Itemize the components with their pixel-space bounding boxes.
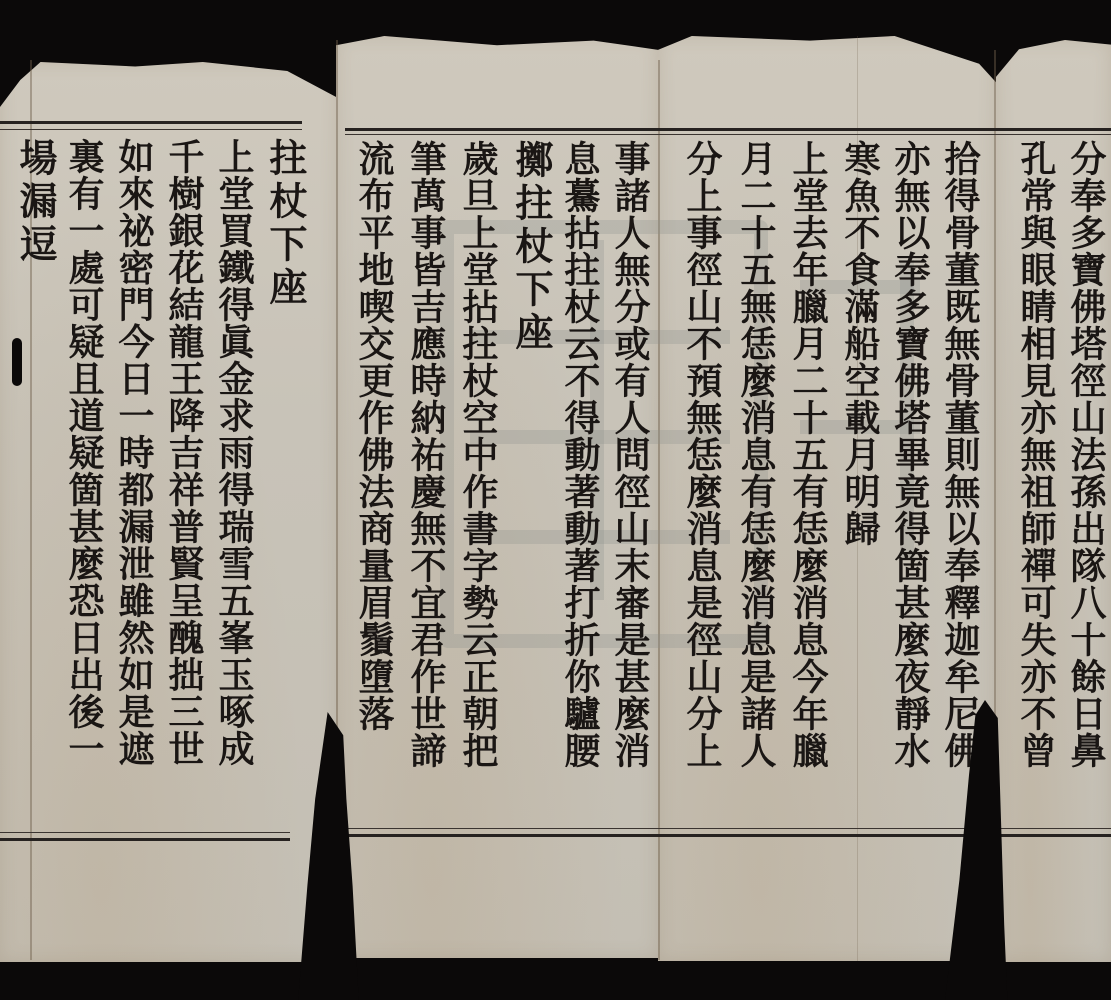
text-column: 事諸人無分或有人問徑山末審是甚麼消 bbox=[608, 140, 652, 769]
text-column: 流布平地喫交更作佛法商量眉鬚墮落 bbox=[352, 140, 396, 732]
frame-rule-top-inner bbox=[345, 134, 1111, 135]
frame-rule-top bbox=[345, 128, 1111, 131]
frame-rule-top-inner bbox=[0, 129, 302, 130]
frame-rule-top bbox=[0, 121, 302, 124]
text-column: 孔常與眼睛相見亦無祖師禪可失亦不曾 bbox=[1014, 140, 1058, 769]
text-column: 息驀拈拄杖云不得動著動著打折你驢腰 bbox=[558, 140, 602, 769]
text-column: 裏有一處可疑且道疑箇甚麼恐日出後一 bbox=[62, 138, 106, 767]
text-column: 分奉多寶佛塔徑山法孫出隊八十餘日鼻 bbox=[1064, 140, 1108, 769]
text-column: 筆萬事皆吉應時納祐慶無不宜君作世諦 bbox=[404, 140, 448, 769]
text-column: 上堂去年臘月二十五有恁麼消息今年臘 bbox=[786, 140, 830, 769]
worm-hole bbox=[12, 338, 22, 386]
text-column: 歲旦上堂拈拄杖空中作書字勢云正朝把 bbox=[456, 140, 500, 769]
text-column: 場漏逗 bbox=[12, 138, 58, 267]
text-column: 擲拄杖下座 bbox=[508, 140, 554, 355]
text-column: 拄杖下座 bbox=[262, 138, 308, 310]
frame-rule-bottom bbox=[0, 838, 290, 841]
text-column: 月二十五無恁麼消息有恁麼消息是諸人 bbox=[734, 140, 778, 769]
text-column: 千樹銀花結龍王降吉祥普賢呈醜拙三世 bbox=[162, 138, 206, 767]
frame-rule-bottom-inner bbox=[0, 832, 290, 833]
text-column: 寒魚不食滿船空載月明歸 bbox=[838, 140, 882, 547]
text-column: 拾得骨董既無骨董則無以奉釋迦牟尼佛 bbox=[938, 140, 982, 769]
text-column: 亦無以奉多寶佛塔畢竟得箇甚麼夜靜水 bbox=[888, 140, 932, 769]
text-column: 分上事徑山不預無恁麼消息是徑山分上 bbox=[680, 140, 724, 769]
text-column: 如來祕密門今日一時都漏泄雖然如是遮 bbox=[112, 138, 156, 767]
text-column: 上堂買鐵得眞金求雨得瑞雪五峯玉啄成 bbox=[212, 138, 256, 767]
